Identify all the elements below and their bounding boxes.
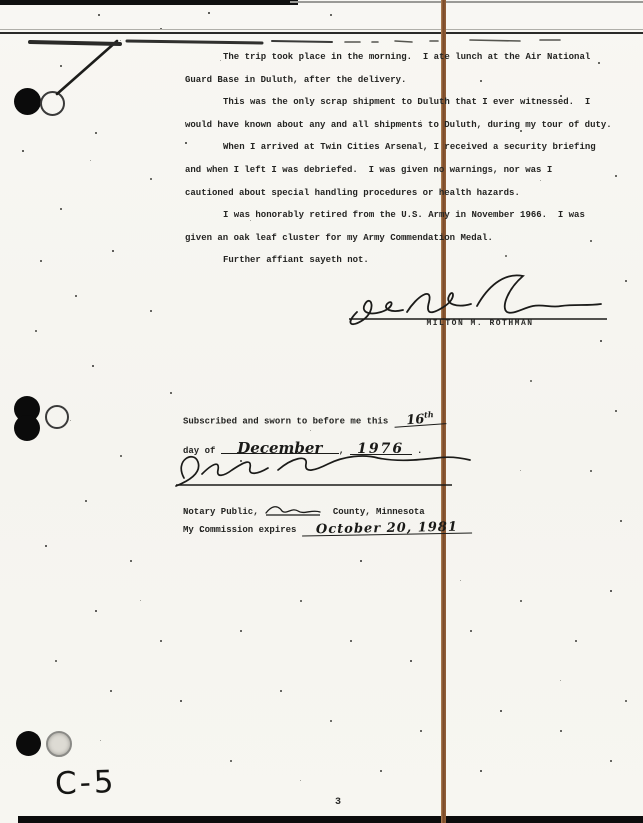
exhibit-label: C-5 bbox=[54, 764, 117, 802]
scan-edge-bar-bottom bbox=[18, 816, 643, 823]
punch-hole-mid-ring bbox=[45, 405, 69, 429]
body-line: would have known about any and all shipm… bbox=[185, 114, 612, 137]
notary-title-line: Notary Public, County, Minnesota bbox=[183, 503, 472, 517]
handwritten-county-scrawl bbox=[264, 503, 322, 517]
notary-signature bbox=[168, 448, 480, 492]
sworn-statement-line: Subscribed and sworn to before me this 1… bbox=[183, 410, 472, 428]
smudge-dash-1 bbox=[30, 42, 120, 44]
diagonal-pen-mark bbox=[57, 41, 117, 94]
commission-label: My Commission expires bbox=[183, 525, 296, 535]
scan-edge-bar-top bbox=[0, 0, 298, 5]
smudge-dash-2 bbox=[127, 41, 262, 43]
body-line: This was the only scrap shipment to Dulu… bbox=[185, 91, 612, 114]
notary-title: Notary Public, bbox=[183, 507, 259, 517]
body-line: given an oak leaf cluster for my Army Co… bbox=[185, 227, 612, 250]
body-line: I was honorably retired from the U.S. Ar… bbox=[185, 204, 612, 227]
horizontal-rule-dark bbox=[0, 32, 643, 34]
affiant-typed-name: MILTON M. ROTHMAN bbox=[355, 319, 605, 328]
punch-hole-bottom-filled bbox=[16, 731, 41, 756]
punch-hole-top-ring bbox=[40, 91, 65, 116]
handwritten-commission-date: October 20, 1981 bbox=[302, 523, 472, 537]
body-line: cautioned about special handling procedu… bbox=[185, 182, 612, 205]
punch-hole-bottom-smudge bbox=[46, 731, 72, 757]
body-line: and when I left I was debriefed. I was g… bbox=[185, 159, 612, 182]
smudge-dash-3 bbox=[272, 41, 332, 42]
smudge-dots-row bbox=[345, 40, 560, 42]
affidavit-body: The trip took place in the morning. I at… bbox=[185, 46, 612, 272]
handwritten-day: 16th bbox=[393, 408, 446, 428]
commission-line: My Commission expires October 20, 1981 bbox=[183, 524, 472, 535]
page-number: 3 bbox=[335, 797, 341, 808]
scan-hairline-top bbox=[290, 1, 643, 3]
body-line: The trip took place in the morning. I at… bbox=[185, 46, 612, 69]
county-suffix: County, Minnesota bbox=[333, 507, 425, 517]
sworn-prefix: Subscribed and sworn to before me this bbox=[183, 416, 388, 426]
scanned-affidavit-page: The trip took place in the morning. I at… bbox=[0, 0, 643, 823]
horizontal-rule-light bbox=[0, 29, 643, 30]
body-line: Guard Base in Duluth, after the delivery… bbox=[185, 69, 612, 92]
punch-hole-mid-filled-lower bbox=[14, 415, 40, 441]
punch-hole-top-filled bbox=[14, 88, 41, 115]
body-line: When I arrived at Twin Cities Arsenal, I… bbox=[185, 136, 612, 159]
